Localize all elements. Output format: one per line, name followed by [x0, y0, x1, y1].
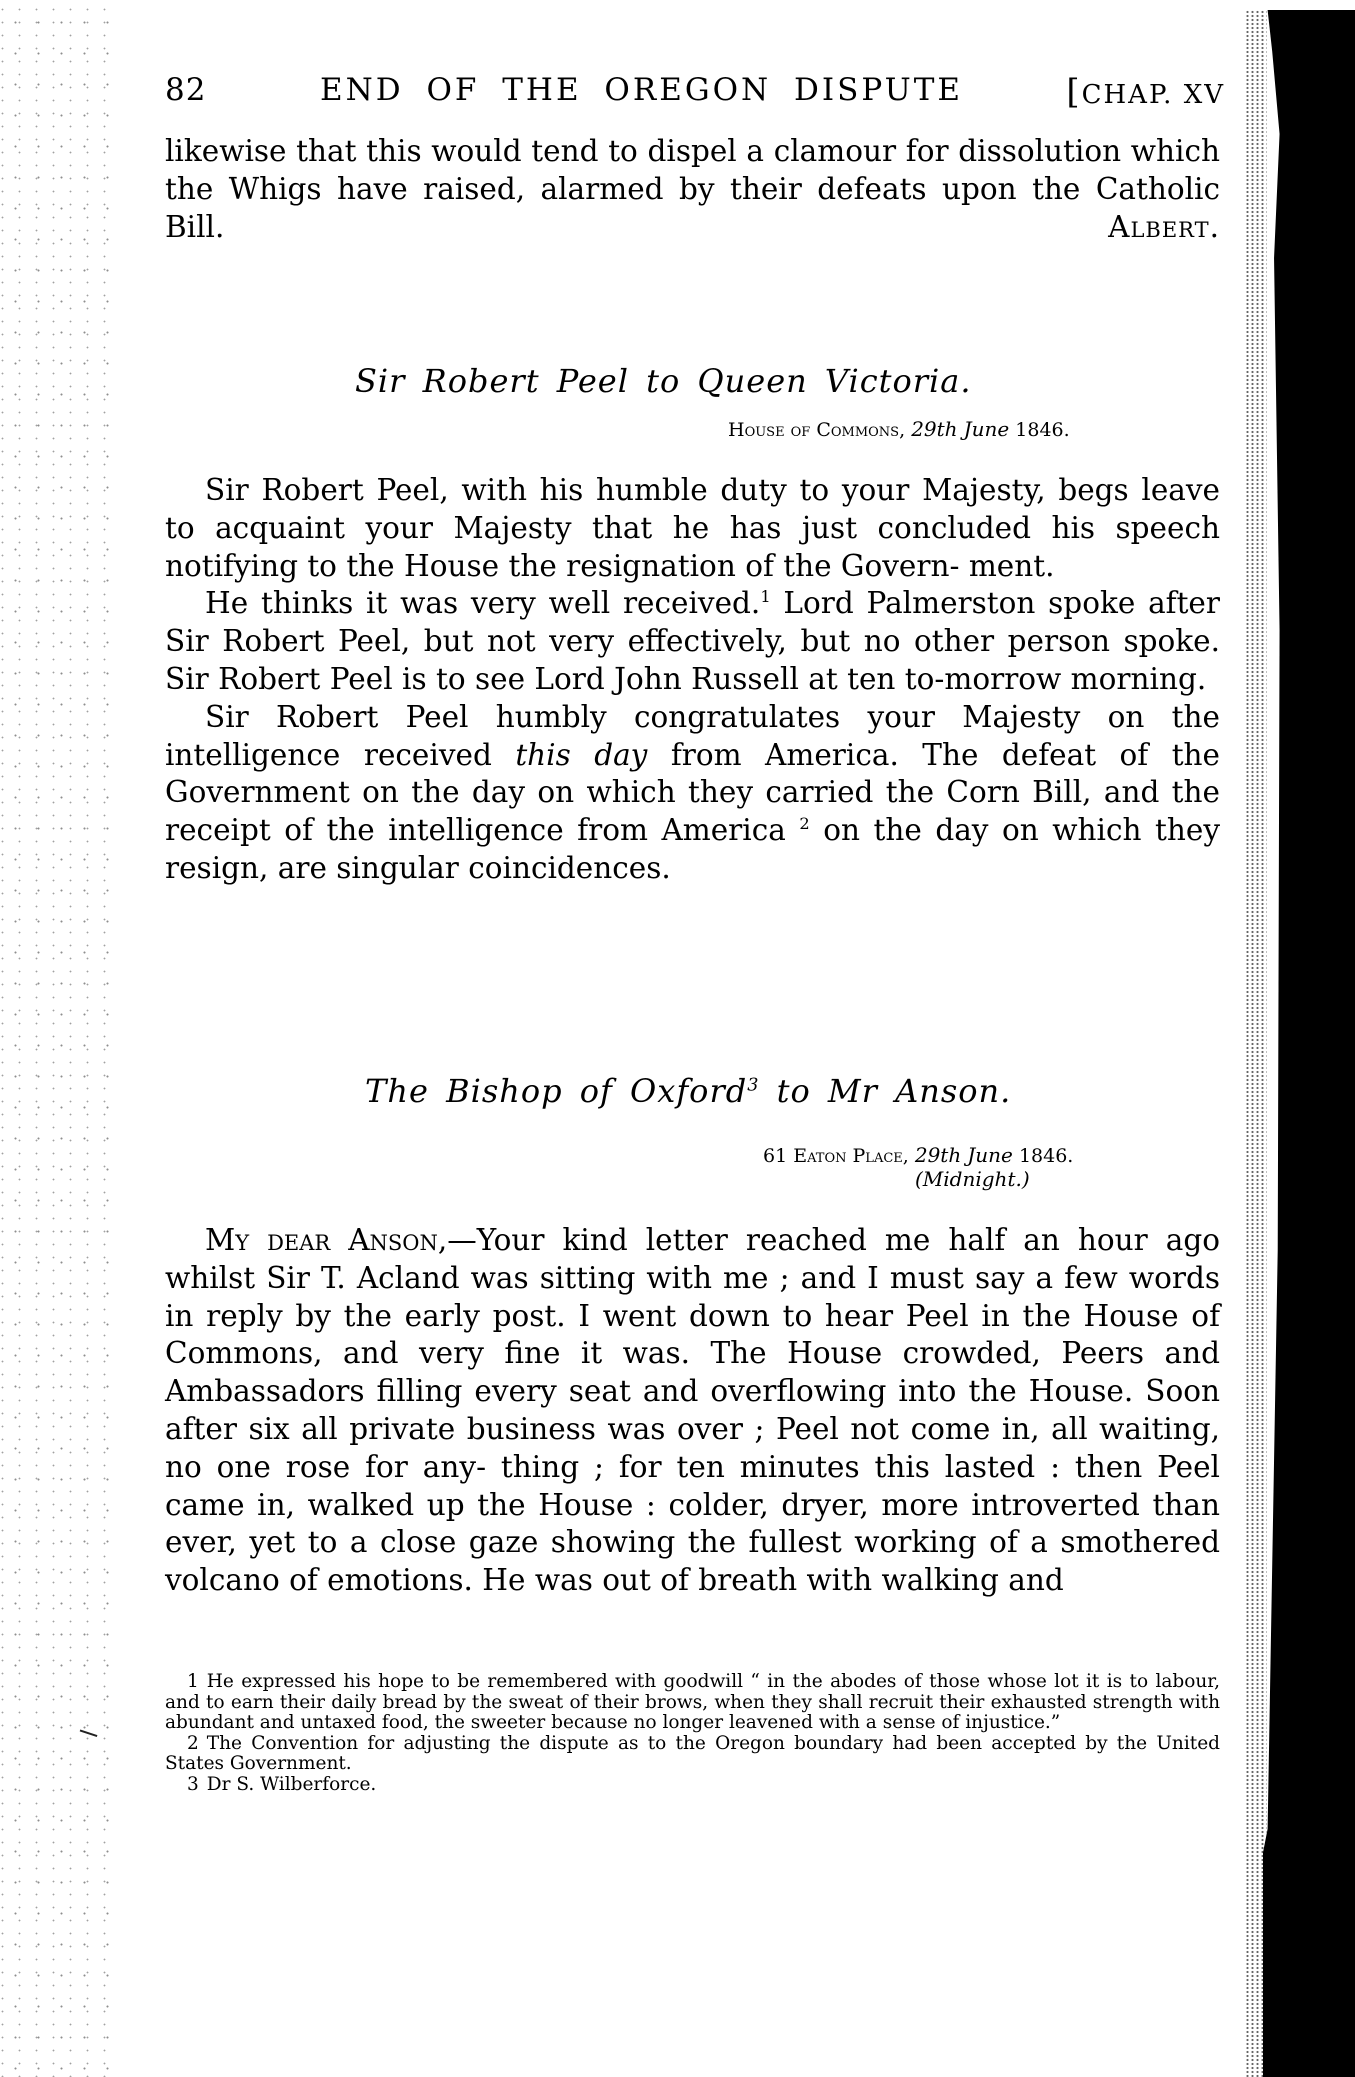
dateline-eaton-place: 61 Eaton Place, 29th June 1846.: [763, 1143, 1073, 1167]
footnote-text: The Convention for adjusting the dispute…: [165, 1733, 1220, 1775]
footnote-text: He expressed his hope to be remembered w…: [165, 1671, 1220, 1733]
footnotes: 1He expressed his hope to be remembered …: [165, 1672, 1220, 1795]
signature-albert: Albert.: [1108, 209, 1220, 247]
footnote-ref-3[interactable]: 3: [747, 1075, 759, 1095]
letter-body-bishop: My dear Anson,—Your kind letter reached …: [165, 1222, 1220, 1600]
footnote-number: 1: [187, 1671, 199, 1692]
dateline-year: 1846.: [1019, 1145, 1073, 1167]
dateline-year: 1846.: [1015, 419, 1069, 441]
opening-paragraph: likewise that this would tend to dispel …: [165, 133, 1220, 246]
text: The Bishop of Oxford: [365, 1072, 747, 1110]
scan-edge-fringe: [1245, 10, 1267, 2077]
paragraph-peel-speech: My dear Anson,—Your kind letter reached …: [165, 1222, 1220, 1600]
dateline-day: 29th: [915, 1143, 961, 1167]
dateline-time: (Midnight.): [915, 1167, 1030, 1191]
footnote-text: Dr S. Wilberforce.: [207, 1774, 377, 1795]
running-head: 82 END OF THE OREGON DISPUTE [CHAP. XV: [165, 72, 1225, 108]
footnote-number: 2: [187, 1733, 199, 1754]
dateline-house-of-commons: House of Commons, 29th June 1846.: [728, 417, 1070, 441]
scan-dark-page-edge: [1263, 10, 1355, 2077]
opening-continuation: likewise that this would tend to dispel …: [165, 133, 1220, 246]
footnote-number: 3: [187, 1774, 199, 1795]
chapter-bracket: [: [1066, 72, 1081, 112]
salutation: My dear Anson,: [205, 1223, 447, 1257]
paragraph-resignation: Sir Robert Peel, with his humble duty to…: [165, 472, 1220, 585]
footnote-3: 3Dr S. Wilberforce.: [165, 1775, 1220, 1796]
italic-this-day: this day: [515, 738, 647, 772]
dateline-month: June: [964, 417, 1010, 441]
footnote-2: 2The Convention for adjusting the disput…: [165, 1734, 1220, 1775]
time-midnight: (Midnight.): [915, 1167, 1030, 1191]
dateline-place: Eaton Place,: [793, 1145, 909, 1167]
chapter-number: CHAP. XV: [1082, 80, 1225, 110]
paragraph-congratulations: Sir Robert Peel humbly congratulates you…: [165, 699, 1220, 888]
letter-heading-peel: Sir Robert Peel to Queen Victoria.: [355, 362, 972, 400]
paragraph-received: He thinks it was very well received.1 Lo…: [165, 585, 1220, 698]
dateline-number: 61: [763, 1145, 787, 1167]
text: to Mr Anson.: [759, 1072, 1011, 1110]
letter-text: —Your kind letter reached me half an hou…: [165, 1223, 1220, 1597]
running-title: END OF THE OREGON DISPUTE: [320, 72, 963, 108]
chapter-label: [CHAP. XV: [1066, 72, 1225, 112]
page-number: 82: [165, 72, 206, 108]
text: He thinks it was very well received.: [205, 586, 760, 620]
dateline-day: 29th: [911, 417, 957, 441]
scan-speckle-margin: [0, 0, 120, 2077]
footnote-1: 1He expressed his hope to be remembered …: [165, 1672, 1220, 1734]
dateline-place: House of Commons,: [728, 419, 905, 441]
footnote-ref-1[interactable]: 1: [760, 588, 770, 607]
letter-body-peel: Sir Robert Peel, with his humble duty to…: [165, 472, 1220, 888]
dateline-month: June: [967, 1143, 1013, 1167]
opening-text: likewise that this would tend to dispel …: [165, 134, 1220, 244]
letter-heading-bishop: The Bishop of Oxford3 to Mr Anson.: [365, 1072, 1011, 1110]
footnote-ref-2[interactable]: 2: [799, 814, 809, 833]
